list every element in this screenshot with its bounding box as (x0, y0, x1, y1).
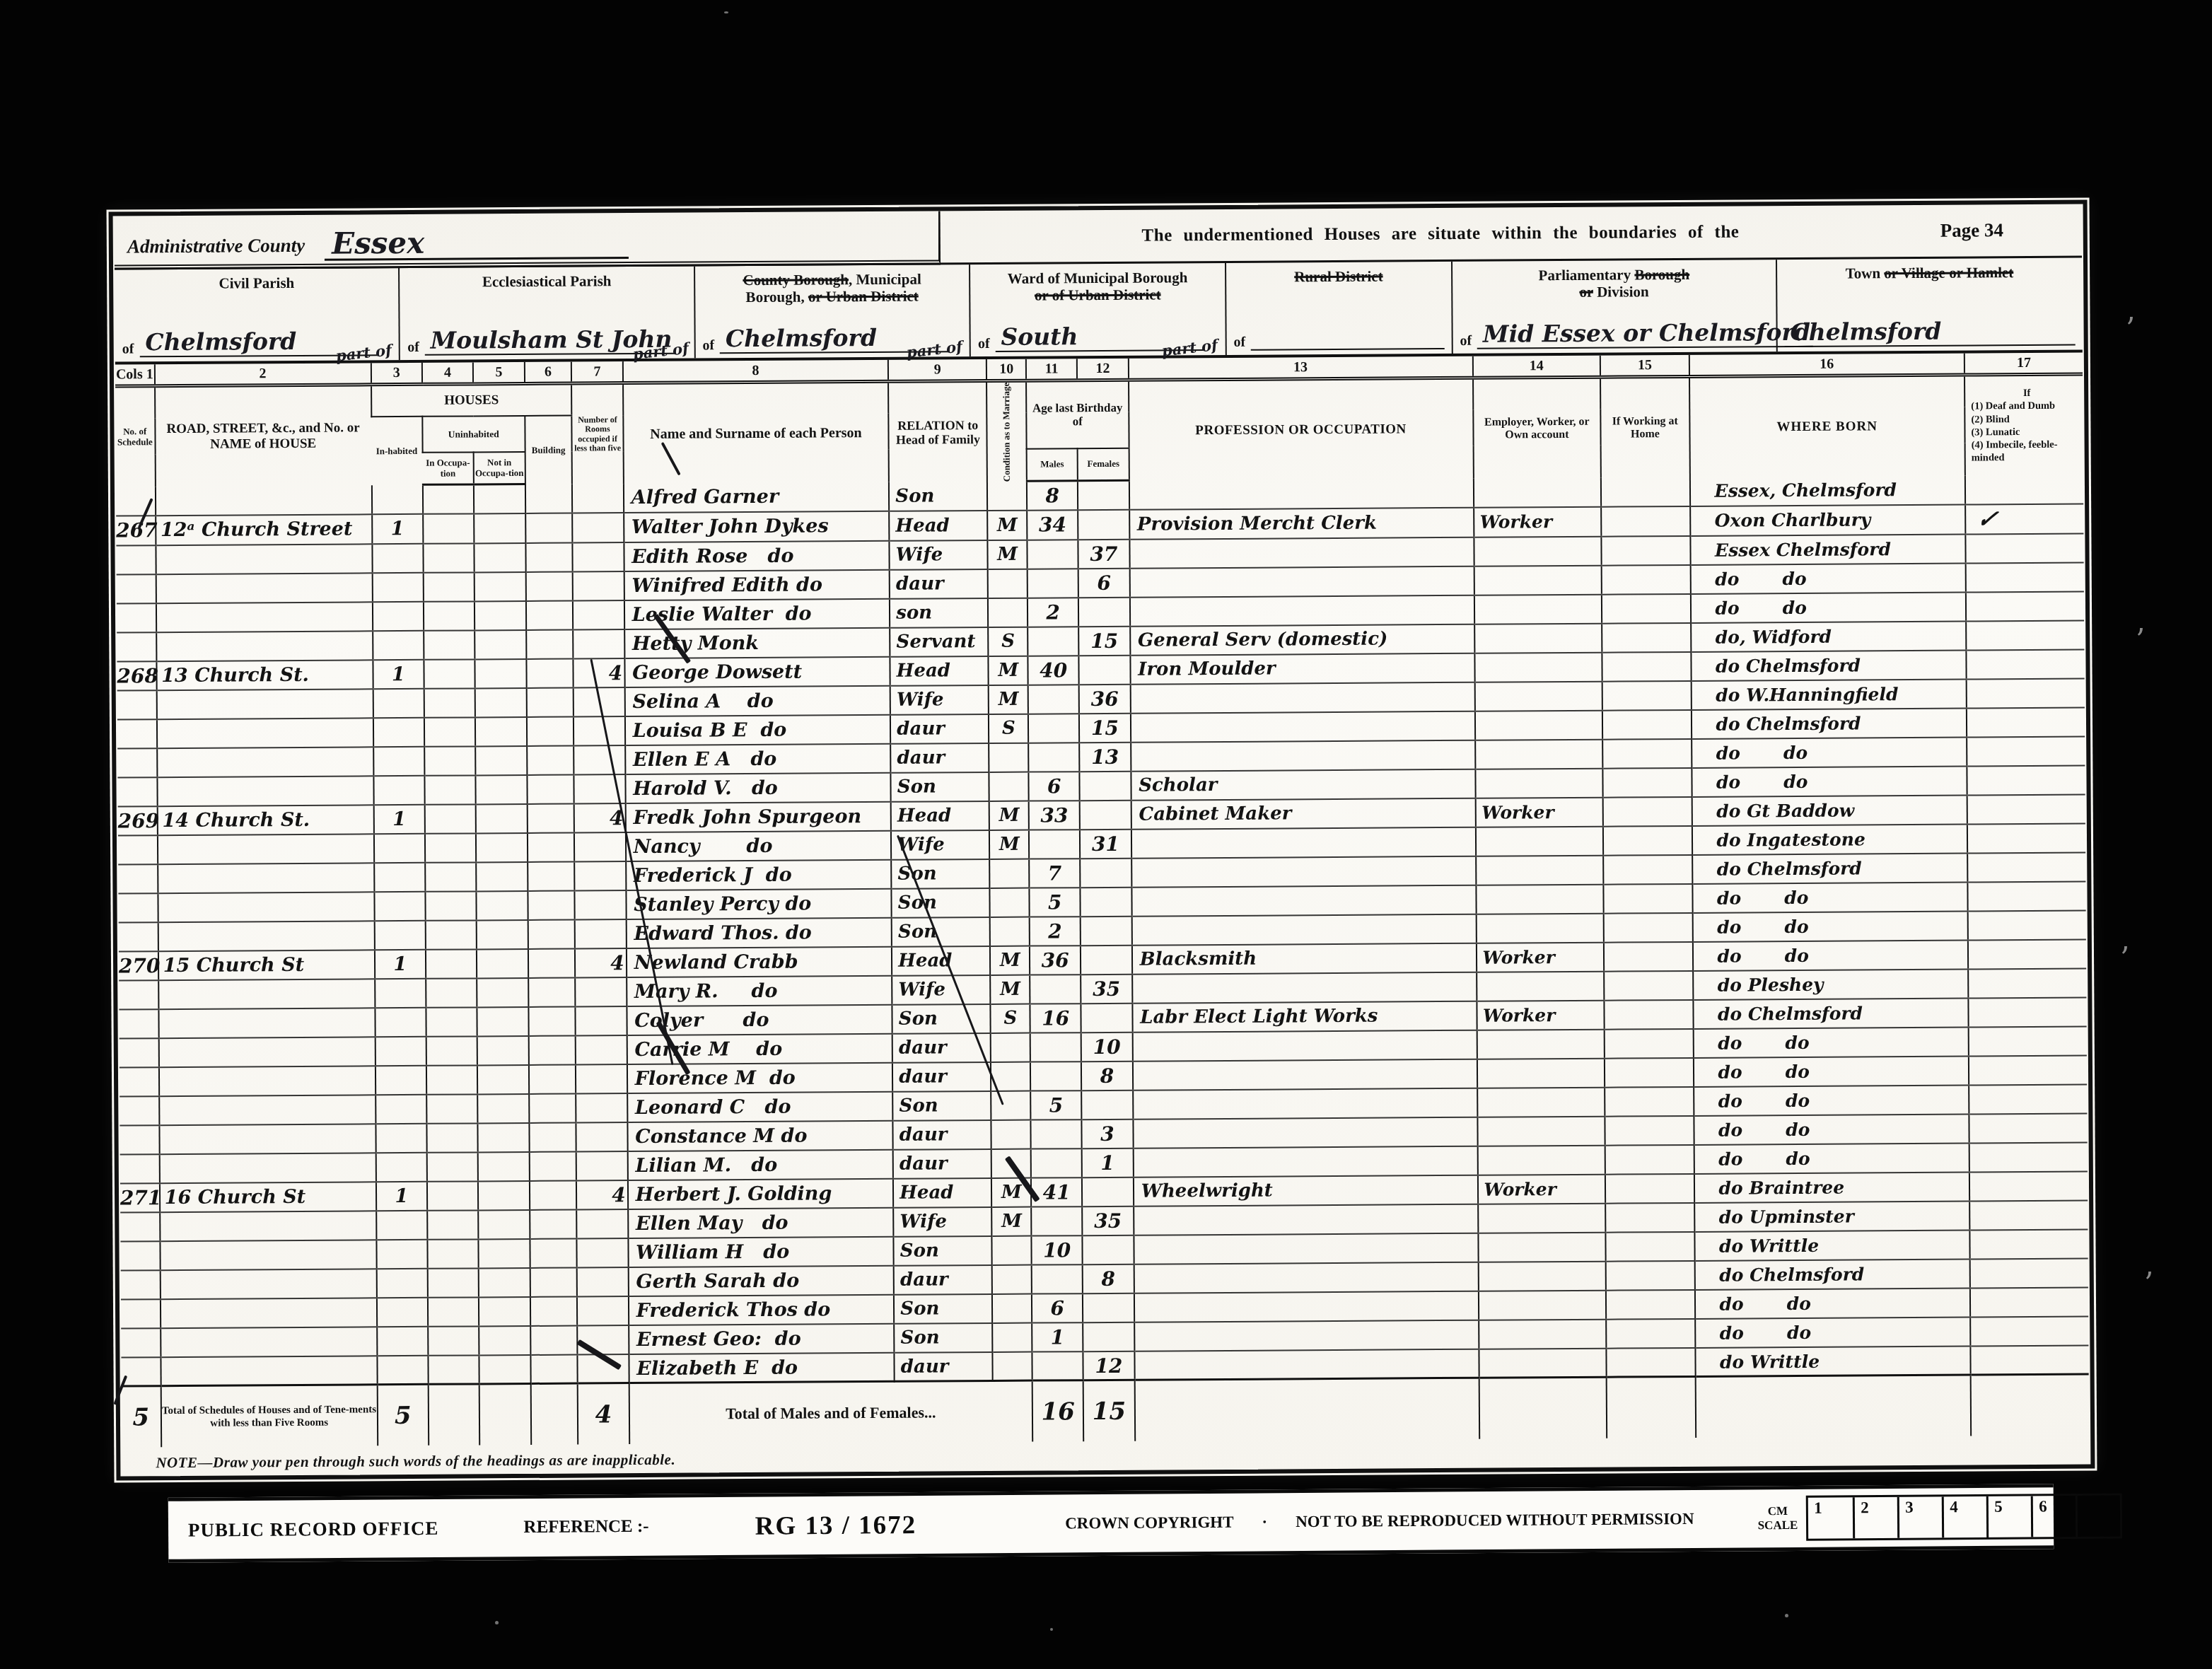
cell-age-females (1080, 801, 1131, 830)
cell-name: Stanley Percy do (626, 889, 892, 919)
cell-name: Walter John Dykes (624, 511, 890, 542)
cell-condition: M (989, 685, 1028, 714)
cell-relation: Son (891, 859, 989, 889)
column-number: 7 (571, 361, 623, 383)
cell-not-in-occupation (479, 1326, 530, 1355)
cell-age-females (1081, 946, 1132, 975)
cell-occupation: Iron Moulder (1130, 653, 1474, 685)
blank-cell (1695, 1375, 1971, 1437)
blank-cell (429, 1384, 480, 1445)
cell-home (1603, 768, 1692, 798)
cell-condition (988, 569, 1028, 598)
cell-condition (990, 888, 1030, 917)
header-in-occupation: In Occupa-tion (423, 452, 475, 484)
cell-in-occupation (424, 572, 475, 601)
cell-condition (992, 1294, 1032, 1323)
admin-county-box: Administrative County Essex (115, 211, 941, 269)
cell-age-females (1081, 917, 1132, 946)
cell-rooms (574, 629, 625, 658)
cell-schedule: 270 (119, 951, 158, 980)
cell-name: Nancy do (626, 831, 892, 861)
cell-in-occupation (427, 1152, 479, 1181)
cell-name: Newland Crabb (627, 947, 892, 977)
cell-home (1602, 623, 1690, 653)
cell-age-males: 34 (1027, 510, 1078, 540)
of-prefix: of (978, 336, 990, 352)
cell-building (529, 1152, 576, 1181)
cell-where-born: do do (1692, 940, 1968, 970)
header-note: The undermentioned Houses are situate wi… (941, 205, 1940, 263)
column-number: 15 (1600, 355, 1689, 377)
cell-rooms (573, 571, 624, 600)
subheader-value: Mid Essex or Chelmsford (1477, 320, 1813, 349)
cell-home (1603, 797, 1692, 827)
cell-not-in-occupation (476, 862, 528, 891)
cell-occupation (1134, 1349, 1479, 1380)
cell-employer (1477, 1117, 1605, 1146)
cell-building (528, 920, 575, 949)
cell-name: Lilian M. do (627, 1150, 893, 1180)
cell-not-in-occupation (475, 659, 527, 688)
cell-in-occupation (424, 659, 475, 688)
cell-address (156, 602, 373, 632)
cell-inhabited (374, 921, 426, 950)
cell-occupation (1133, 1088, 1477, 1120)
cell-in-occupation (426, 1007, 477, 1036)
column-number: 5 (473, 362, 525, 383)
cell-home (1601, 506, 1689, 537)
column-number: 8 (623, 360, 889, 383)
cell-name: Constance M do (627, 1121, 893, 1151)
cm-scale-label: CM SCALE (1757, 1504, 1798, 1533)
cell-relation: Son (892, 1091, 991, 1121)
cell-name: Elizabeth E do (629, 1353, 895, 1383)
column-number: 14 (1472, 356, 1600, 378)
cell-in-occupation (425, 891, 477, 920)
cell-home (1602, 710, 1691, 740)
subheader-cell-4: Rural Districtof (1226, 262, 1453, 355)
film-dot (495, 1621, 499, 1624)
cell-building (530, 1355, 578, 1384)
cell-building (529, 1094, 576, 1123)
cell-not-in-occupation (478, 1181, 530, 1210)
cell-schedule (117, 632, 156, 661)
cell-infirmity (1964, 852, 2088, 882)
scale-segment: 1 (1808, 1497, 1853, 1538)
cell-age-males: 33 (1029, 801, 1081, 830)
cell-condition (993, 1323, 1032, 1352)
cell-age-females (1081, 1004, 1133, 1033)
cell-in-occupation (425, 833, 477, 862)
cell-employer (1474, 595, 1602, 624)
cell-where-born: do Pleshey (1693, 969, 1969, 999)
header-not-in-occupation: Not in Occupa-tion (474, 452, 525, 484)
cell-employer (1478, 1291, 1606, 1320)
cell-in-occupation (426, 1094, 478, 1123)
cell-condition (992, 1236, 1032, 1265)
cell-where-born: do do (1692, 737, 1967, 767)
column-number: 16 (1689, 354, 1964, 376)
cell-rooms (573, 542, 624, 571)
subheader-cell-5: Parliamentary Boroughor DivisionofMid Es… (1453, 260, 1778, 354)
cell-age-males: 40 (1028, 656, 1079, 685)
header-inhabited: In-habited (371, 417, 423, 485)
cell-occupation: Labr Elect Light Works (1132, 1001, 1477, 1033)
cell-not-in-occupation (475, 717, 527, 746)
cell-employer (1477, 1030, 1605, 1059)
page-number: Page 34 (1940, 204, 2082, 257)
cell-schedule (120, 1212, 160, 1241)
film-dot (1050, 1628, 1053, 1631)
cell-infirmity (1963, 649, 2087, 679)
cell-condition (992, 1265, 1032, 1294)
cell-occupation (1132, 1030, 1477, 1062)
cell-age-males (1028, 714, 1080, 743)
cell-in-occupation (424, 717, 476, 746)
cell-age-females (1080, 859, 1131, 888)
cell-home (1607, 1348, 1695, 1378)
cell-rooms (577, 1267, 629, 1296)
cell-in-occupation (426, 978, 477, 1007)
cell-employer (1476, 885, 1604, 914)
cell-occupation: Cabinet Maker (1131, 798, 1475, 830)
cell-infirmity (1962, 475, 2086, 504)
cell-home (1606, 1232, 1694, 1262)
cell-infirmity (1966, 1055, 2090, 1085)
cell-rooms: 4 (574, 803, 626, 832)
cell-age-females (1081, 1091, 1133, 1120)
cell-age-females (1078, 510, 1129, 540)
subheader-label: Ecclesiastical Parish (404, 272, 689, 291)
cell-relation: Son (894, 1294, 992, 1324)
cell-age-females: 35 (1081, 975, 1132, 1004)
cell-rooms (574, 716, 625, 745)
header-infirmity: If(1) Deaf and Dumb(2) Blind(3) Lunatic(… (1964, 374, 2083, 476)
cell-inhabited (374, 863, 426, 892)
cell-occupation (1133, 1146, 1477, 1177)
cell-name: Leonard C do (627, 1092, 893, 1122)
cell-inhabited: 1 (375, 950, 426, 979)
record-office-label: PUBLIC RECORD OFFICE (188, 1517, 439, 1541)
cell-address: 12ᵃ Church Street (156, 514, 372, 545)
cell-name: Ellen May do (628, 1208, 894, 1238)
cell-inhabited (376, 1153, 427, 1182)
cell-inhabited (376, 1095, 427, 1124)
cell-name: William H do (628, 1237, 894, 1267)
cell-where-born: do, Widford (1691, 621, 1967, 651)
cell-relation: Head (891, 801, 989, 831)
cell-inhabited (377, 1356, 429, 1385)
cell-schedule (120, 1038, 159, 1067)
cell-employer (1477, 972, 1605, 1001)
cell-schedule (119, 922, 158, 951)
cell-building (526, 659, 574, 688)
cell-rooms (576, 1151, 628, 1180)
of-prefix: of (1233, 335, 1245, 351)
cell-occupation (1134, 1233, 1478, 1264)
cell-home (1606, 1319, 1694, 1349)
total-inhabited-value: 5 (377, 1385, 429, 1446)
cell-schedule: 269 (118, 806, 158, 835)
cell-address (158, 979, 375, 1009)
cell-relation: Head (893, 1178, 991, 1208)
header-name: Name and Surname of each Person (623, 381, 889, 484)
cell-building (525, 543, 573, 572)
cell-schedule (121, 1357, 161, 1386)
column-number: 17 (1964, 353, 2083, 375)
cell-building (529, 1065, 576, 1094)
cell-occupation (1131, 914, 1476, 946)
cell-building (528, 1007, 576, 1036)
cell-in-occupation (426, 1065, 478, 1094)
cell-not-in-occupation (476, 833, 528, 862)
cell-inhabited: 1 (372, 514, 424, 544)
cell-in-occupation (424, 630, 475, 659)
cell-inhabited (373, 602, 424, 631)
cell-occupation (1134, 1320, 1479, 1351)
cell-building (528, 891, 575, 920)
cell-address (158, 921, 374, 951)
reference-label: REFERENCE :- (523, 1517, 648, 1537)
cell-inhabited: 1 (373, 805, 425, 834)
cell-infirmity (1967, 1345, 2091, 1375)
cell-occupation (1134, 1291, 1479, 1322)
cell-building (526, 630, 574, 659)
cell-age-males: 2 (1028, 598, 1079, 627)
cell-home (1604, 942, 1692, 972)
cell-occupation (1129, 479, 1474, 510)
cell-inhabited (372, 544, 424, 573)
cell-employer (1476, 914, 1604, 943)
cell-home (1601, 477, 1689, 507)
total-males-value: 16 (1032, 1380, 1084, 1441)
cell-rooms (577, 1238, 629, 1267)
total-females-value: 15 (1083, 1380, 1135, 1441)
cell-occupation (1132, 972, 1477, 1004)
cell-schedule (119, 980, 158, 1009)
cell-address (158, 1037, 375, 1067)
cell-rooms (575, 890, 627, 919)
total-schedules-value: 5 (122, 1386, 161, 1447)
cell-address (159, 1066, 376, 1096)
subheader-cell-6: Town or Village or HamletChelmsford (1777, 258, 2083, 352)
cell-home (1602, 536, 1690, 566)
cell-relation: son (890, 598, 988, 628)
header-employer: Employer, Worker, or Own account (1473, 377, 1602, 479)
cell-relation: Wife (890, 685, 989, 715)
cell-age-males (1028, 685, 1080, 714)
cell-name: Alfred Garner (624, 482, 890, 513)
scale-segment: 2 (1853, 1497, 1897, 1538)
cell-occupation: Blacksmith (1132, 943, 1477, 975)
cell-schedule (120, 1096, 159, 1125)
cell-occupation (1130, 682, 1474, 714)
cell-employer (1474, 682, 1602, 711)
cell-infirmity (1964, 678, 2088, 708)
census-scan: { "header": { "admin_county_label": "Adm… (0, 0, 2212, 1669)
cell-where-born: do Writtle (1695, 1346, 1971, 1376)
blank-cell (1479, 1378, 1607, 1439)
cell-inhabited (372, 573, 424, 602)
cell-relation: Son (892, 1004, 991, 1034)
cell-not-in-occupation (474, 484, 525, 513)
film-dot (1785, 1614, 1788, 1617)
cell-relation: daur (893, 1149, 991, 1179)
cell-where-born: Essex Chelmsford (1690, 534, 1966, 564)
cell-inhabited (376, 1124, 427, 1153)
cell-address (161, 1298, 377, 1328)
cell-schedule (117, 574, 156, 603)
cell-in-occupation (424, 688, 476, 717)
cell-relation: daur (892, 1062, 991, 1092)
cell-inhabited (376, 1240, 428, 1269)
subheader-label: Town or Village or Hamlet (1781, 264, 2078, 283)
cell-name: Gerth Sarah do (628, 1266, 894, 1296)
subheader-label: Ward of Municipal Boroughor of Urban Dis… (974, 269, 1221, 304)
cell-where-born: do Ingatestone (1692, 824, 1967, 854)
cell-age-males: 1 (1032, 1322, 1083, 1351)
cell-where-born: do W.Hanningfield (1691, 679, 1967, 709)
cell-employer (1474, 566, 1602, 595)
cell-home (1605, 1058, 1693, 1088)
header-born: WHERE BORN (1689, 375, 1965, 477)
cell-in-occupation (427, 1239, 479, 1268)
cell-schedule (118, 835, 158, 864)
cell-condition: M (991, 975, 1030, 1004)
cell-relation: Son (889, 482, 987, 511)
cell-infirmity (1966, 1113, 2090, 1143)
cell-age-females: 15 (1079, 714, 1131, 743)
cell-relation: Son (892, 917, 990, 947)
column-number: 11 (1026, 359, 1078, 380)
total-schedules-label: Total of Schedules of Houses and of Tene… (161, 1385, 378, 1447)
cell-employer (1474, 653, 1602, 682)
cell-address (160, 1269, 376, 1299)
admin-county-label: Administrative County (127, 235, 305, 262)
cell-inhabited (376, 1066, 427, 1095)
cell-infirmity (1967, 1142, 2090, 1172)
cell-in-occupation (426, 1036, 478, 1065)
cell-not-in-occupation (475, 601, 526, 630)
cell-address (159, 1124, 376, 1154)
cell-age-males: 7 (1029, 859, 1081, 888)
cell-relation: daur (890, 743, 989, 773)
cell-building (528, 833, 575, 862)
cell-not-in-occupation (478, 1123, 530, 1152)
footer-bar: PUBLIC RECORD OFFICE REFERENCE :- RG 13 … (168, 1484, 2054, 1563)
header-relation: RELATION to Head of Family (888, 380, 987, 482)
cell-in-occupation (424, 775, 476, 804)
blank-cell (479, 1384, 531, 1445)
cell-where-born: do do (1695, 1317, 1971, 1347)
cell-home (1606, 1261, 1694, 1291)
cell-name: Selina A do (624, 686, 890, 716)
cell-rooms: 4 (576, 1180, 628, 1209)
cell-schedule (117, 603, 156, 632)
cell-in-occupation (423, 513, 475, 543)
cell-rooms (575, 919, 627, 948)
subheader-cell-2: County Borough, MunicipalBorough, or Urb… (695, 264, 971, 358)
cell-age-males: 5 (1030, 1091, 1082, 1120)
cell-name: Herbert J. Golding (628, 1179, 894, 1209)
cell-employer (1478, 1204, 1606, 1233)
cell-relation: daur (893, 1120, 991, 1150)
scale-segment: 6 (2031, 1496, 2076, 1537)
cell-building (530, 1268, 577, 1297)
cell-rooms (577, 1296, 629, 1325)
cell-condition (989, 743, 1029, 772)
cell-infirmity (1967, 1200, 2090, 1230)
cell-in-occupation (425, 804, 477, 833)
blank-cell (1971, 1374, 2090, 1436)
cell-address: 16 Church St (160, 1182, 376, 1212)
cell-age-females: 31 (1080, 830, 1131, 859)
cell-schedule (117, 777, 157, 806)
cell-age-males: 41 (1031, 1177, 1083, 1206)
cell-rooms (574, 832, 626, 861)
cell-condition (990, 917, 1030, 946)
header-condition: Condition as to Marriage (986, 380, 1026, 482)
cell-employer (1477, 1146, 1605, 1175)
cell-rooms (574, 745, 626, 774)
cell-infirmity (1967, 1229, 2090, 1259)
cell-name: Ellen E A do (625, 744, 891, 774)
cell-name: Florence M do (627, 1063, 893, 1093)
cell-occupation: General Serv (domestic) (1130, 624, 1474, 656)
cell-inhabited (373, 689, 424, 718)
cell-age-females: 37 (1078, 540, 1130, 569)
cell-not-in-occupation (477, 949, 528, 978)
cell-building (528, 949, 576, 978)
header-age: Age last Birthday of (1026, 380, 1129, 449)
column-number: Cols 1 (115, 364, 155, 385)
cell-condition: M (989, 830, 1029, 859)
cell-inhabited (374, 892, 426, 921)
cell-schedule (121, 1299, 161, 1328)
cell-age-females (1078, 598, 1130, 627)
cell-not-in-occupation (475, 746, 527, 775)
cell-not-in-occupation (479, 1355, 531, 1384)
header-profession: PROFESSION OR OCCUPATION (1129, 378, 1474, 481)
cell-relation: Son (894, 1323, 992, 1353)
cell-not-in-occupation (479, 1297, 530, 1326)
cell-where-born: do Writtle (1694, 1230, 1970, 1260)
cell-building (525, 484, 573, 513)
header-road: ROAD, STREET, &c., and No. or NAME of HO… (155, 384, 372, 487)
cell-age-males (1030, 1062, 1082, 1091)
cell-condition: M (989, 801, 1029, 830)
totals-row: 5 Total of Schedules of Houses and of Te… (122, 1374, 2089, 1447)
cell-occupation: Scholar (1131, 769, 1475, 801)
cell-occupation (1131, 827, 1476, 859)
cell-schedule (120, 1067, 159, 1096)
cell-infirmity (1965, 968, 2089, 998)
cell-inhabited (375, 1008, 426, 1037)
cell-where-born: do do (1692, 911, 1968, 941)
cell-employer (1475, 827, 1603, 856)
cell-home (1605, 1145, 1694, 1175)
cell-inhabited (373, 718, 425, 747)
cell-inhabited (377, 1327, 429, 1356)
cell-condition (990, 859, 1030, 888)
cell-condition (991, 1120, 1031, 1149)
cell-address (161, 1327, 377, 1357)
cell-where-born: do Chelmsford (1692, 853, 1968, 883)
cell-home (1602, 652, 1691, 682)
cell-rooms (576, 1122, 628, 1151)
cell-age-males (1028, 743, 1080, 772)
cell-occupation (1131, 885, 1476, 917)
